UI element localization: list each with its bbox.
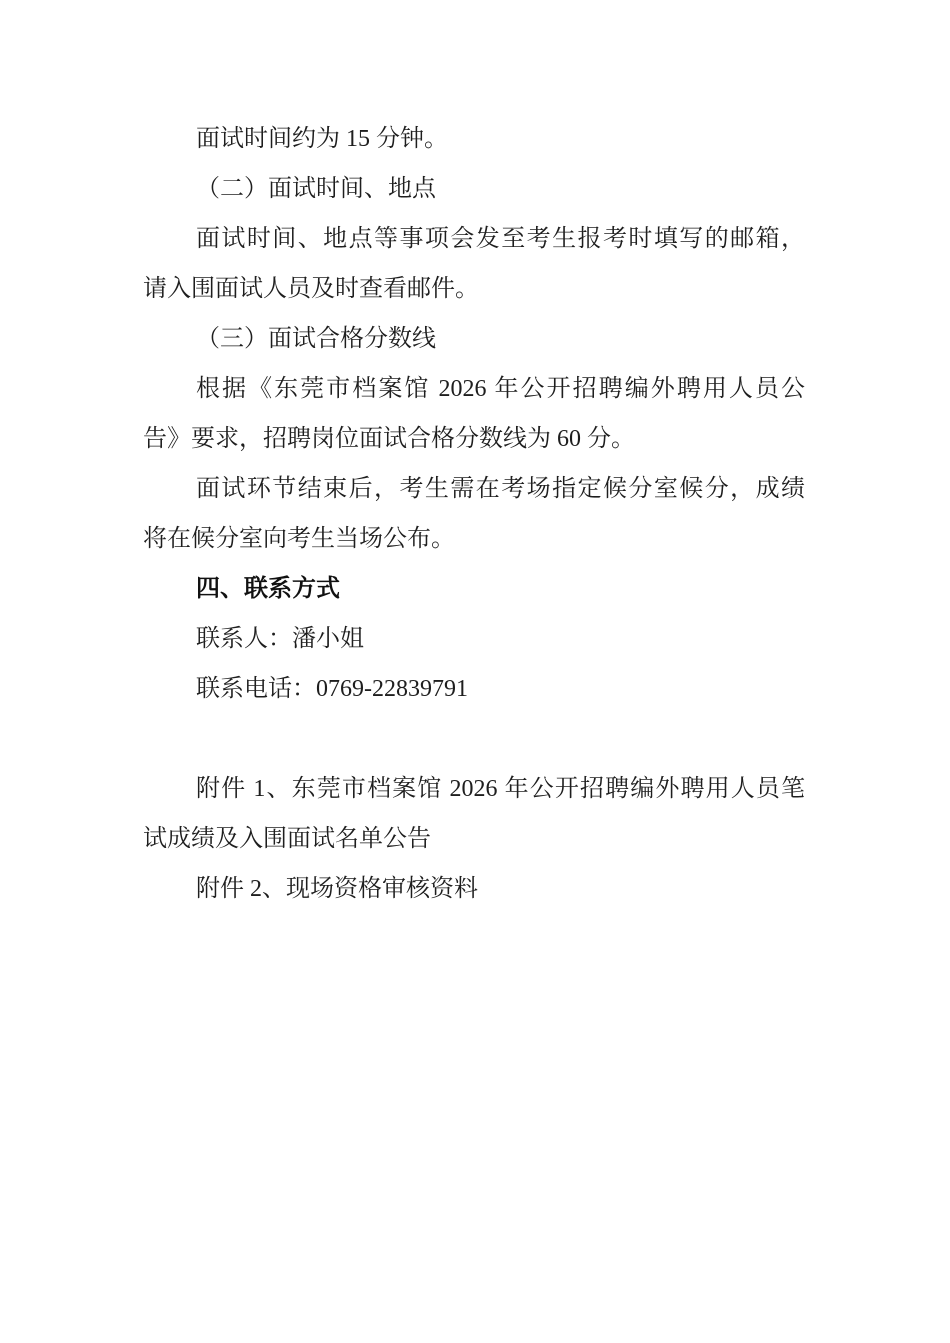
heading-section-4-contact: 四、联系方式 bbox=[143, 564, 805, 614]
line-score-announce-1: 面试环节结束后，考生需在考场指定候分室候分，成绩 bbox=[143, 464, 805, 514]
line-contact-person: 联系人：潘小姐 bbox=[143, 614, 805, 664]
line-interview-duration: 面试时间约为 15 分钟。 bbox=[143, 114, 805, 164]
line-contact-phone: 联系电话：0769-22839791 bbox=[143, 664, 805, 714]
line-passing-score-2: 告》要求，招聘岗位面试合格分数线为 60 分。 bbox=[143, 414, 805, 464]
line-interview-notice-2: 请入围面试人员及时查看邮件。 bbox=[143, 264, 805, 314]
document-lines: 面试时间约为 15 分钟。（二）面试时间、地点面试时间、地点等事项会发至考生报考… bbox=[143, 114, 805, 914]
document-page: 面试时间约为 15 分钟。（二）面试时间、地点面试时间、地点等事项会发至考生报考… bbox=[0, 0, 950, 1343]
line-attachment-1b: 试成绩及入围面试名单公告 bbox=[143, 814, 805, 864]
line-attachment-2: 附件 2、现场资格审核资料 bbox=[143, 864, 805, 914]
line-score-announce-2: 将在候分室向考生当场公布。 bbox=[143, 514, 805, 564]
line-passing-score-1: 根据《东莞市档案馆 2026 年公开招聘编外聘用人员公 bbox=[143, 364, 805, 414]
heading-section-3: （三）面试合格分数线 bbox=[143, 314, 805, 364]
heading-section-2: （二）面试时间、地点 bbox=[143, 164, 805, 214]
line-interview-notice-1: 面试时间、地点等事项会发至考生报考时填写的邮箱， bbox=[143, 214, 805, 264]
line-attachment-1a: 附件 1、东莞市档案馆 2026 年公开招聘编外聘用人员笔 bbox=[143, 764, 805, 814]
line-blank bbox=[143, 714, 805, 764]
